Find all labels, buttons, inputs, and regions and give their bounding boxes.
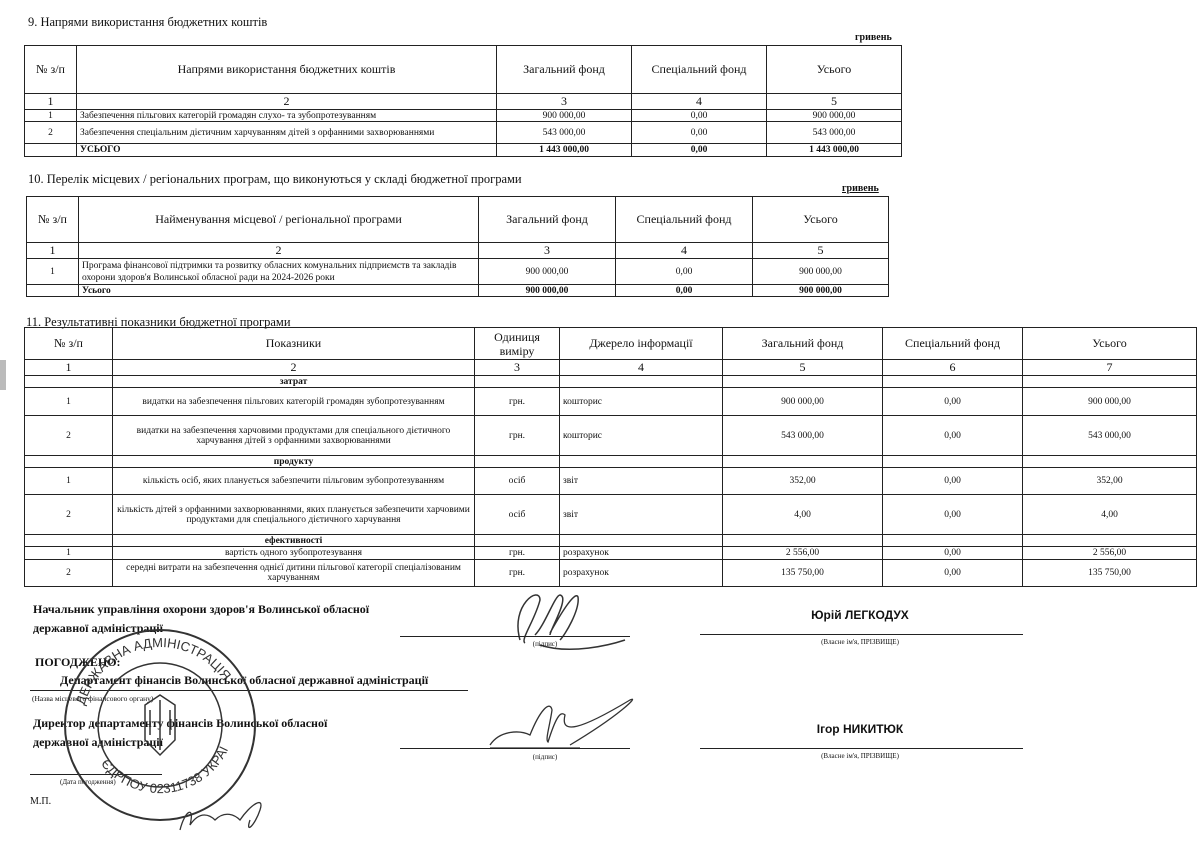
svg-text:ЄДРПОУ 02311738 УКРАЇНА: ЄДРПОУ 02311738 УКРАЇНА [60,625,231,796]
row-name: видатки на забезпечення пільгових катего… [113,388,475,416]
col-number: 3 [497,94,632,110]
director-signature [470,690,670,755]
head-name-line [700,634,1023,635]
row-special: 0,00 [883,560,1023,587]
table-row: 2 Забезпечення спеціальним дієтичним хар… [25,122,902,144]
row-total: 4,00 [1023,495,1197,535]
row-name: Програма фінансової підтримки та розвитк… [79,259,479,285]
row-general: 900 000,00 [497,110,632,122]
row-special: 0,00 [883,547,1023,560]
col-number: 1 [25,360,113,376]
table-row: 1 кількість осіб, яких планується забезп… [25,468,1197,495]
row-total: 1 443 000,00 [767,144,902,157]
row-general: 543 000,00 [723,416,883,456]
agreed-label: ПОГОДЖЕНО: [35,655,121,670]
col-number: 4 [632,94,767,110]
row-total: 900 000,00 [753,285,889,297]
row-general: 4,00 [723,495,883,535]
row-special: 0,00 [632,122,767,144]
row-name: кількість дітей з орфанними захворювання… [113,495,475,535]
row-name: вартість одного зубопротезування [113,547,475,560]
col-number: 2 [113,360,475,376]
group-header-row: затрат [25,376,1197,388]
table-row: 2 середні витрати на забезпечення однієї… [25,560,1197,587]
header-total: Усього [767,46,902,94]
group-header-row: ефективності [25,535,1197,547]
date-line [30,774,162,775]
row-total: 900 000,00 [1023,388,1197,416]
row-source: кошторис [560,416,723,456]
row-total: 543 000,00 [767,122,902,144]
row-general: 900 000,00 [479,259,616,285]
row-special: 0,00 [632,144,767,157]
col-number: 3 [479,243,616,259]
header-special: Спеціальний фонд [632,46,767,94]
row-unit: грн. [475,416,560,456]
table-row: 2 кількість дітей з орфанними захворюван… [25,495,1197,535]
row-no [27,285,79,297]
row-source: звіт [560,468,723,495]
col-number: 2 [79,243,479,259]
section9-title: 9. Напрями використання бюджетних коштів [28,15,267,30]
header-no: № з/п [27,197,79,243]
row-general: 900 000,00 [479,285,616,297]
header-indicator: Показники [113,328,475,360]
row-general: 135 750,00 [723,560,883,587]
row-special: 0,00 [616,285,753,297]
col-number: 3 [475,360,560,376]
header-direction: Напрями використання бюджетних коштів [77,46,497,94]
head-signature [480,585,640,665]
row-no: 1 [25,547,113,560]
row-total: 543 000,00 [1023,416,1197,456]
row-name: кількість осіб, яких планується забезпеч… [113,468,475,495]
row-source: кошторис [560,388,723,416]
header-source: Джерело інформації [560,328,723,360]
header-total: Усього [753,197,889,243]
table-row: 1 Забезпечення пільгових категорій грома… [25,110,902,122]
row-no [25,144,77,157]
table-row: 1 Програма фінансової підтримки та розви… [27,259,889,285]
director-name: Ігор НИКИТЮК [700,722,1020,736]
row-total: 135 750,00 [1023,560,1197,587]
row-no: 1 [27,259,79,285]
row-no: 2 [25,560,113,587]
director-name-line [700,748,1023,749]
total-row: УСЬОГО 1 443 000,00 0,00 1 443 000,00 [25,144,902,157]
head-position-line2: державної адміністрації [33,619,369,638]
row-general: 1 443 000,00 [497,144,632,157]
row-name: видатки на забезпечення харчовими продук… [113,416,475,456]
header-special: Спеціальний фонд [616,197,753,243]
col-number: 1 [27,243,79,259]
row-total: 900 000,00 [767,110,902,122]
director-position-line2: державної адміністрації [33,733,327,752]
head-name: Юрій ЛЕГКОДУХ [700,608,1020,622]
section10-table: № з/п Найменування місцевої / регіональн… [26,196,889,297]
row-no: 1 [25,388,113,416]
col-number: 5 [767,94,902,110]
row-unit: грн. [475,388,560,416]
col-number: 4 [560,360,723,376]
section10-unit: гривень [842,183,879,194]
header-general: Загальний фонд [497,46,632,94]
total-row: Усього 900 000,00 0,00 900 000,00 [27,285,889,297]
header-program: Найменування місцевої / регіональної про… [79,197,479,243]
col-number: 6 [883,360,1023,376]
header-no: № з/п [25,46,77,94]
seal-label: М.П. [30,796,51,807]
row-total: 2 556,00 [1023,547,1197,560]
row-name: Забезпечення спеціальним дієтичним харчу… [77,122,497,144]
director-position-line1: Директор департаменту фінансів Волинсько… [33,714,327,733]
row-name: середні витрати на забезпечення однієї д… [113,560,475,587]
name-caption: (Власне ім'я, ПРІЗВИЩЕ) [700,752,1020,760]
group-label: продукту [113,456,475,468]
scan-artifact [0,360,6,390]
signature-caption: (підпис) [400,753,690,761]
group-label: затрат [113,376,475,388]
name-caption: (Власне ім'я, ПРІЗВИЩЕ) [700,638,1020,646]
signature-caption: (підпис) [400,640,690,648]
date-signature [170,790,280,840]
section9-unit: гривень [855,32,892,43]
row-special: 0,00 [883,416,1023,456]
header-unit: Одиниця виміру [475,328,560,360]
row-no: 1 [25,468,113,495]
head-signature-line [400,636,630,637]
table-row: 1 вартість одного зубопротезування грн. … [25,547,1197,560]
row-general: 900 000,00 [723,388,883,416]
row-name: Забезпечення пільгових категорій громадя… [77,110,497,122]
head-position: Начальник управління охорони здоров'я Во… [33,600,369,638]
finance-dept: Департамент фінансів Волинської обласної… [60,673,428,688]
head-position-line1: Начальник управління охорони здоров'я Во… [33,600,369,619]
header-general: Загальний фонд [479,197,616,243]
col-number: 5 [723,360,883,376]
director-position: Директор департаменту фінансів Волинсько… [33,714,327,752]
row-special: 0,00 [883,495,1023,535]
date-caption: (Дата погодження) [60,778,116,786]
row-no: 2 [25,416,113,456]
col-number: 1 [25,94,77,110]
table-row: 2 видатки на забезпечення харчовими прод… [25,416,1197,456]
row-general: 2 556,00 [723,547,883,560]
section9-table: № з/п Напрями використання бюджетних кош… [24,45,902,157]
header-general: Загальний фонд [723,328,883,360]
row-unit: осіб [475,495,560,535]
row-no: 2 [25,495,113,535]
finance-dept-caption: (Назва місцевого фінансового органу) [32,694,153,703]
row-total: 352,00 [1023,468,1197,495]
row-special: 0,00 [616,259,753,285]
row-special: 0,00 [632,110,767,122]
finance-dept-line [30,690,468,691]
row-unit: осіб [475,468,560,495]
row-source: розрахунок [560,547,723,560]
header-no: № з/п [25,328,113,360]
row-general: 352,00 [723,468,883,495]
col-number: 5 [753,243,889,259]
header-total: Усього [1023,328,1197,360]
row-special: 0,00 [883,468,1023,495]
col-number: 7 [1023,360,1197,376]
group-label: ефективності [113,535,475,547]
group-header-row: продукту [25,456,1197,468]
row-no: 2 [25,122,77,144]
row-name: Усього [79,285,479,297]
row-special: 0,00 [883,388,1023,416]
row-total: 900 000,00 [753,259,889,285]
row-source: розрахунок [560,560,723,587]
row-source: звіт [560,495,723,535]
section11-table: № з/п Показники Одиниця виміру Джерело і… [24,327,1197,587]
section10-title: 10. Перелік місцевих / регіональних прог… [28,172,522,187]
table-row: 1 видатки на забезпечення пільгових кате… [25,388,1197,416]
director-signature-line [400,748,630,749]
row-no: 1 [25,110,77,122]
header-special: Спеціальний фонд [883,328,1023,360]
row-name: УСЬОГО [77,144,497,157]
col-number: 2 [77,94,497,110]
row-unit: грн. [475,560,560,587]
row-unit: грн. [475,547,560,560]
row-general: 543 000,00 [497,122,632,144]
col-number: 4 [616,243,753,259]
